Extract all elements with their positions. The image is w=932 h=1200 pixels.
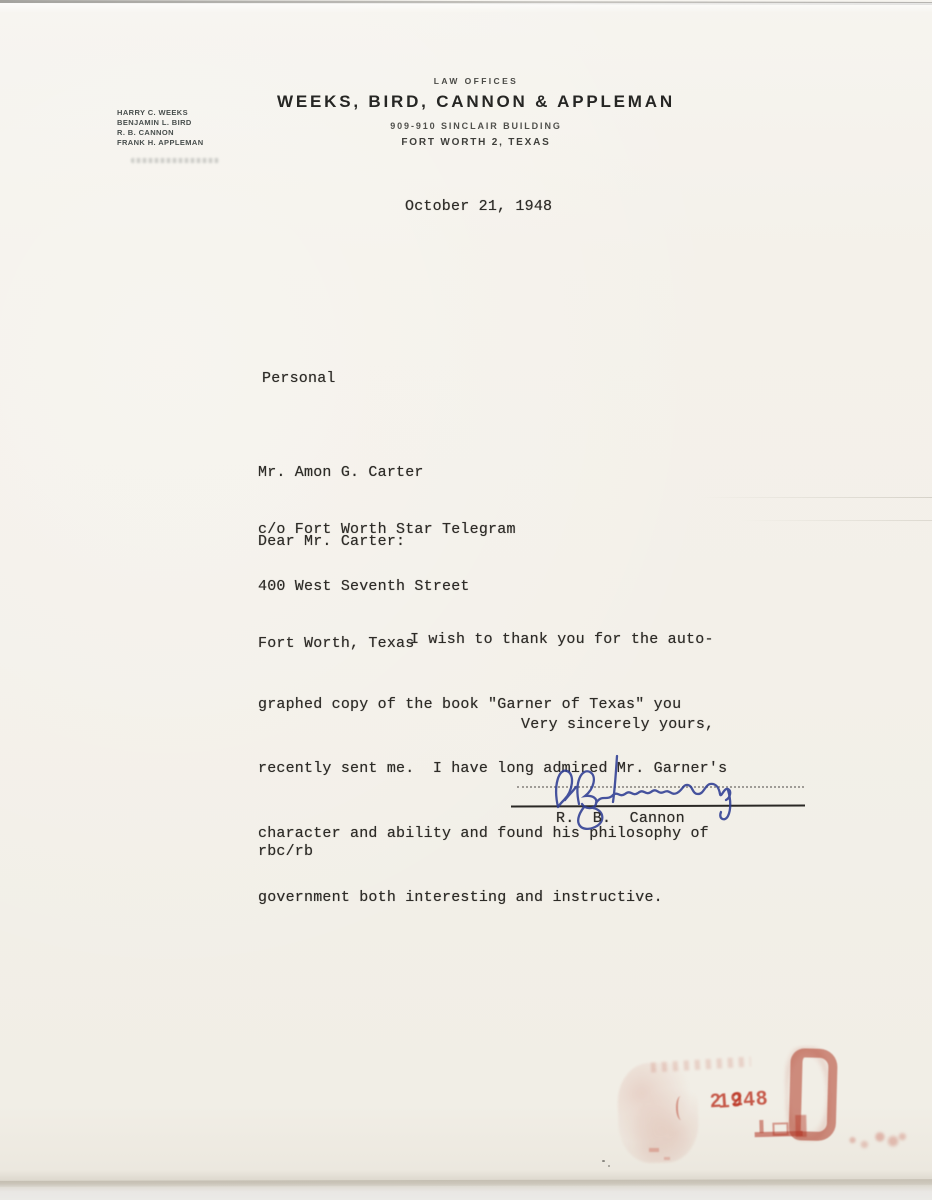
scan-top-sheen [0, 3, 932, 13]
reference-initials: rbc/rb [258, 843, 313, 860]
partner-name: FRANK H. APPLEMAN [117, 138, 204, 148]
stamp-year: 1948 [718, 1087, 770, 1113]
stamp-corner-smudge [844, 1126, 910, 1156]
partner-list: HARRY C. WEEKS BENJAMIN L. BIRD R. B. CA… [117, 108, 204, 148]
letterhead-office-type: LAW OFFICES [240, 76, 712, 86]
paper-crease [700, 497, 932, 498]
partner-name: BENJAMIN L. BIRD [117, 118, 204, 128]
salutation: Dear Mr. Carter: [258, 533, 405, 550]
letter-date: October 21, 1948 [405, 198, 552, 215]
personal-notation: Personal [262, 370, 336, 387]
paper-speck [608, 1165, 610, 1167]
partner-name: HARRY C. WEEKS [117, 108, 204, 118]
letterhead-firm-name: WEEKS, BIRD, CANNON & APPLEMAN [240, 92, 712, 112]
ink-speck [664, 1157, 670, 1160]
stamp-mark [676, 1096, 687, 1120]
letterhead-address-line2: FORT WORTH 2, TEXAS [240, 137, 712, 148]
stamp-mark [795, 1115, 807, 1137]
stamp-ink-smudge [651, 1057, 751, 1073]
body-line: government both interesting and instruct… [258, 887, 727, 909]
letterhead: LAW OFFICES WEEKS, BIRD, CANNON & APPLEM… [240, 76, 712, 148]
paper-crease [740, 520, 932, 521]
stamp-mark [759, 1120, 763, 1133]
ink-speck [649, 1148, 659, 1152]
body-line: graphed copy of the book "Garner of Texa… [258, 694, 727, 716]
faded-text-smudge [131, 158, 219, 163]
stamp-mark [772, 1122, 788, 1135]
received-date-stamp: 2 21948 [610, 1042, 913, 1175]
scan-bottom-edge [0, 1179, 932, 1187]
paper-speck [602, 1160, 605, 1162]
partner-name: R. B. CANNON [117, 128, 204, 138]
letterhead-address-line1: 909-910 SINCLAIR BUILDING [240, 121, 712, 131]
complimentary-closing: Very sincerely yours, [521, 716, 714, 733]
typed-signer-name: R. B. Cannon [556, 810, 685, 827]
recipient-name: Mr. Amon G. Carter [258, 463, 516, 482]
scanned-letter-page: HARRY C. WEEKS BENJAMIN L. BIRD R. B. CA… [0, 0, 932, 1200]
body-line: I wish to thank you for the auto- [258, 629, 727, 651]
